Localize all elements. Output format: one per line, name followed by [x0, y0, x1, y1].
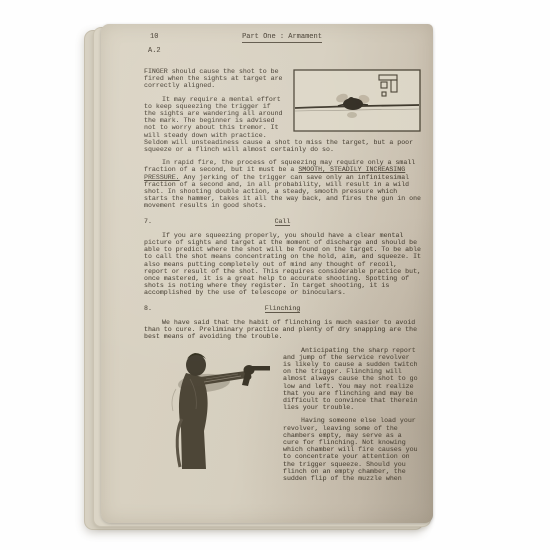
section-flinching-title: Flinching: [265, 305, 301, 314]
revolver: [242, 365, 270, 386]
section-call-heading: 7. Call: [144, 218, 421, 225]
section-flinching-heading: 8. Flinching: [144, 305, 421, 312]
bullet-strike-illustration: [293, 69, 421, 132]
page-body: FINGER should cause the shot to be fired…: [144, 68, 421, 488]
paragraph-rapid-fire: In rapid fire, the process of squeezing …: [144, 159, 421, 209]
section-flinching-number: 8.: [144, 305, 152, 312]
photo-background: 10 Part One : Armament A.2: [0, 0, 550, 550]
figure-shooter: [146, 349, 274, 475]
section-call-title: Call: [275, 218, 291, 227]
running-header: Part One : Armament: [242, 33, 322, 43]
rapid-fire-text-cont: Any jerking of the trigger can save only…: [144, 174, 421, 210]
paragraph-call: If you are squeezing properly, you shoul…: [144, 232, 421, 297]
section-ref: A.2: [148, 47, 161, 55]
man-aiming-revolver-sketch: [146, 349, 274, 475]
page-header-row: 10 Part One : Armament: [144, 33, 420, 41]
section-call-number: 7.: [144, 218, 152, 225]
paragraph-flinching-intro: We have said that the habit of flinching…: [144, 319, 421, 341]
page-number: 10: [150, 33, 158, 41]
manual-page: 10 Part One : Armament A.2: [101, 24, 433, 523]
figure-bullet-strike: [293, 69, 421, 132]
